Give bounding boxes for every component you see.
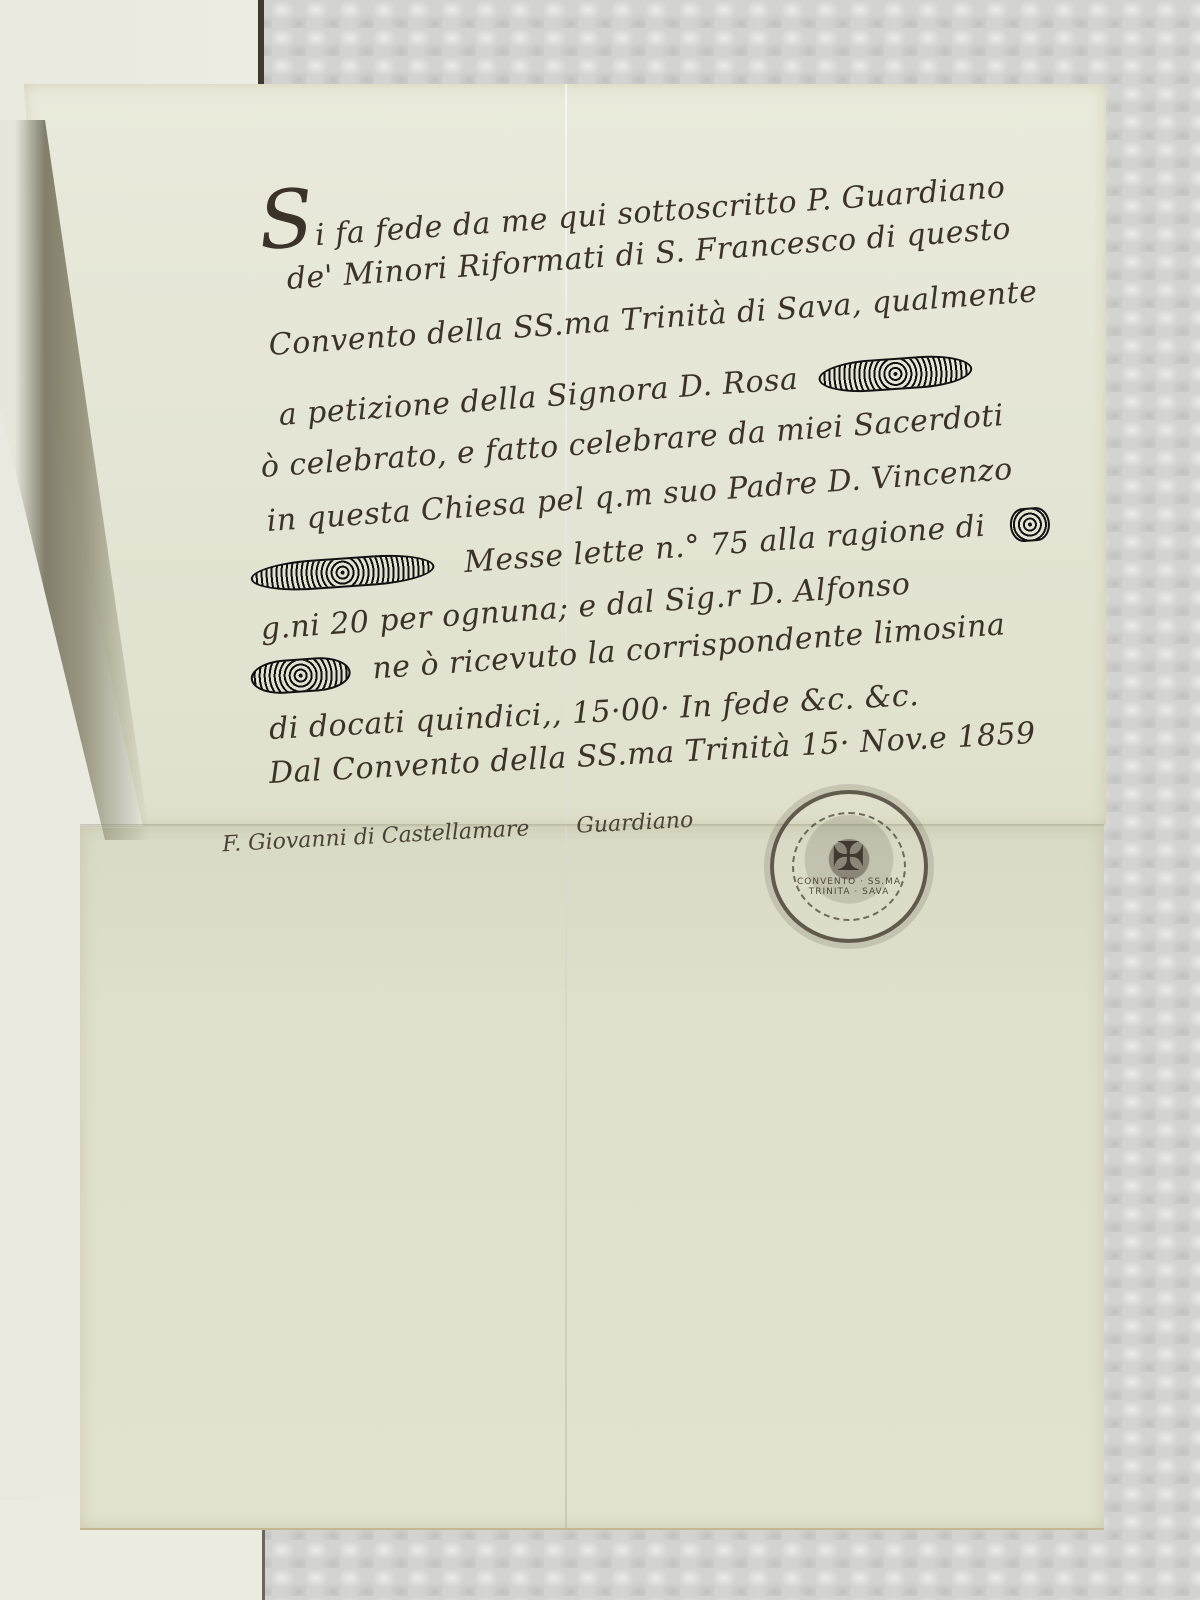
seal-text: CONVENTO · SS.MA TRINITA · SAVA xyxy=(794,877,904,897)
redaction-mark xyxy=(1008,506,1050,543)
seal-inner-ring: ✠ CONVENTO · SS.MA TRINITA · SAVA xyxy=(792,812,906,921)
vertical-fold-crease xyxy=(565,84,567,1528)
seal-cross-emblem-icon: ✠ xyxy=(794,837,904,877)
redaction-mark xyxy=(250,655,352,696)
document-lower-half xyxy=(80,826,1104,1530)
card-edge-line xyxy=(258,0,264,84)
convent-seal-stamp: ✠ CONVENTO · SS.MA TRINITA · SAVA xyxy=(770,790,928,943)
